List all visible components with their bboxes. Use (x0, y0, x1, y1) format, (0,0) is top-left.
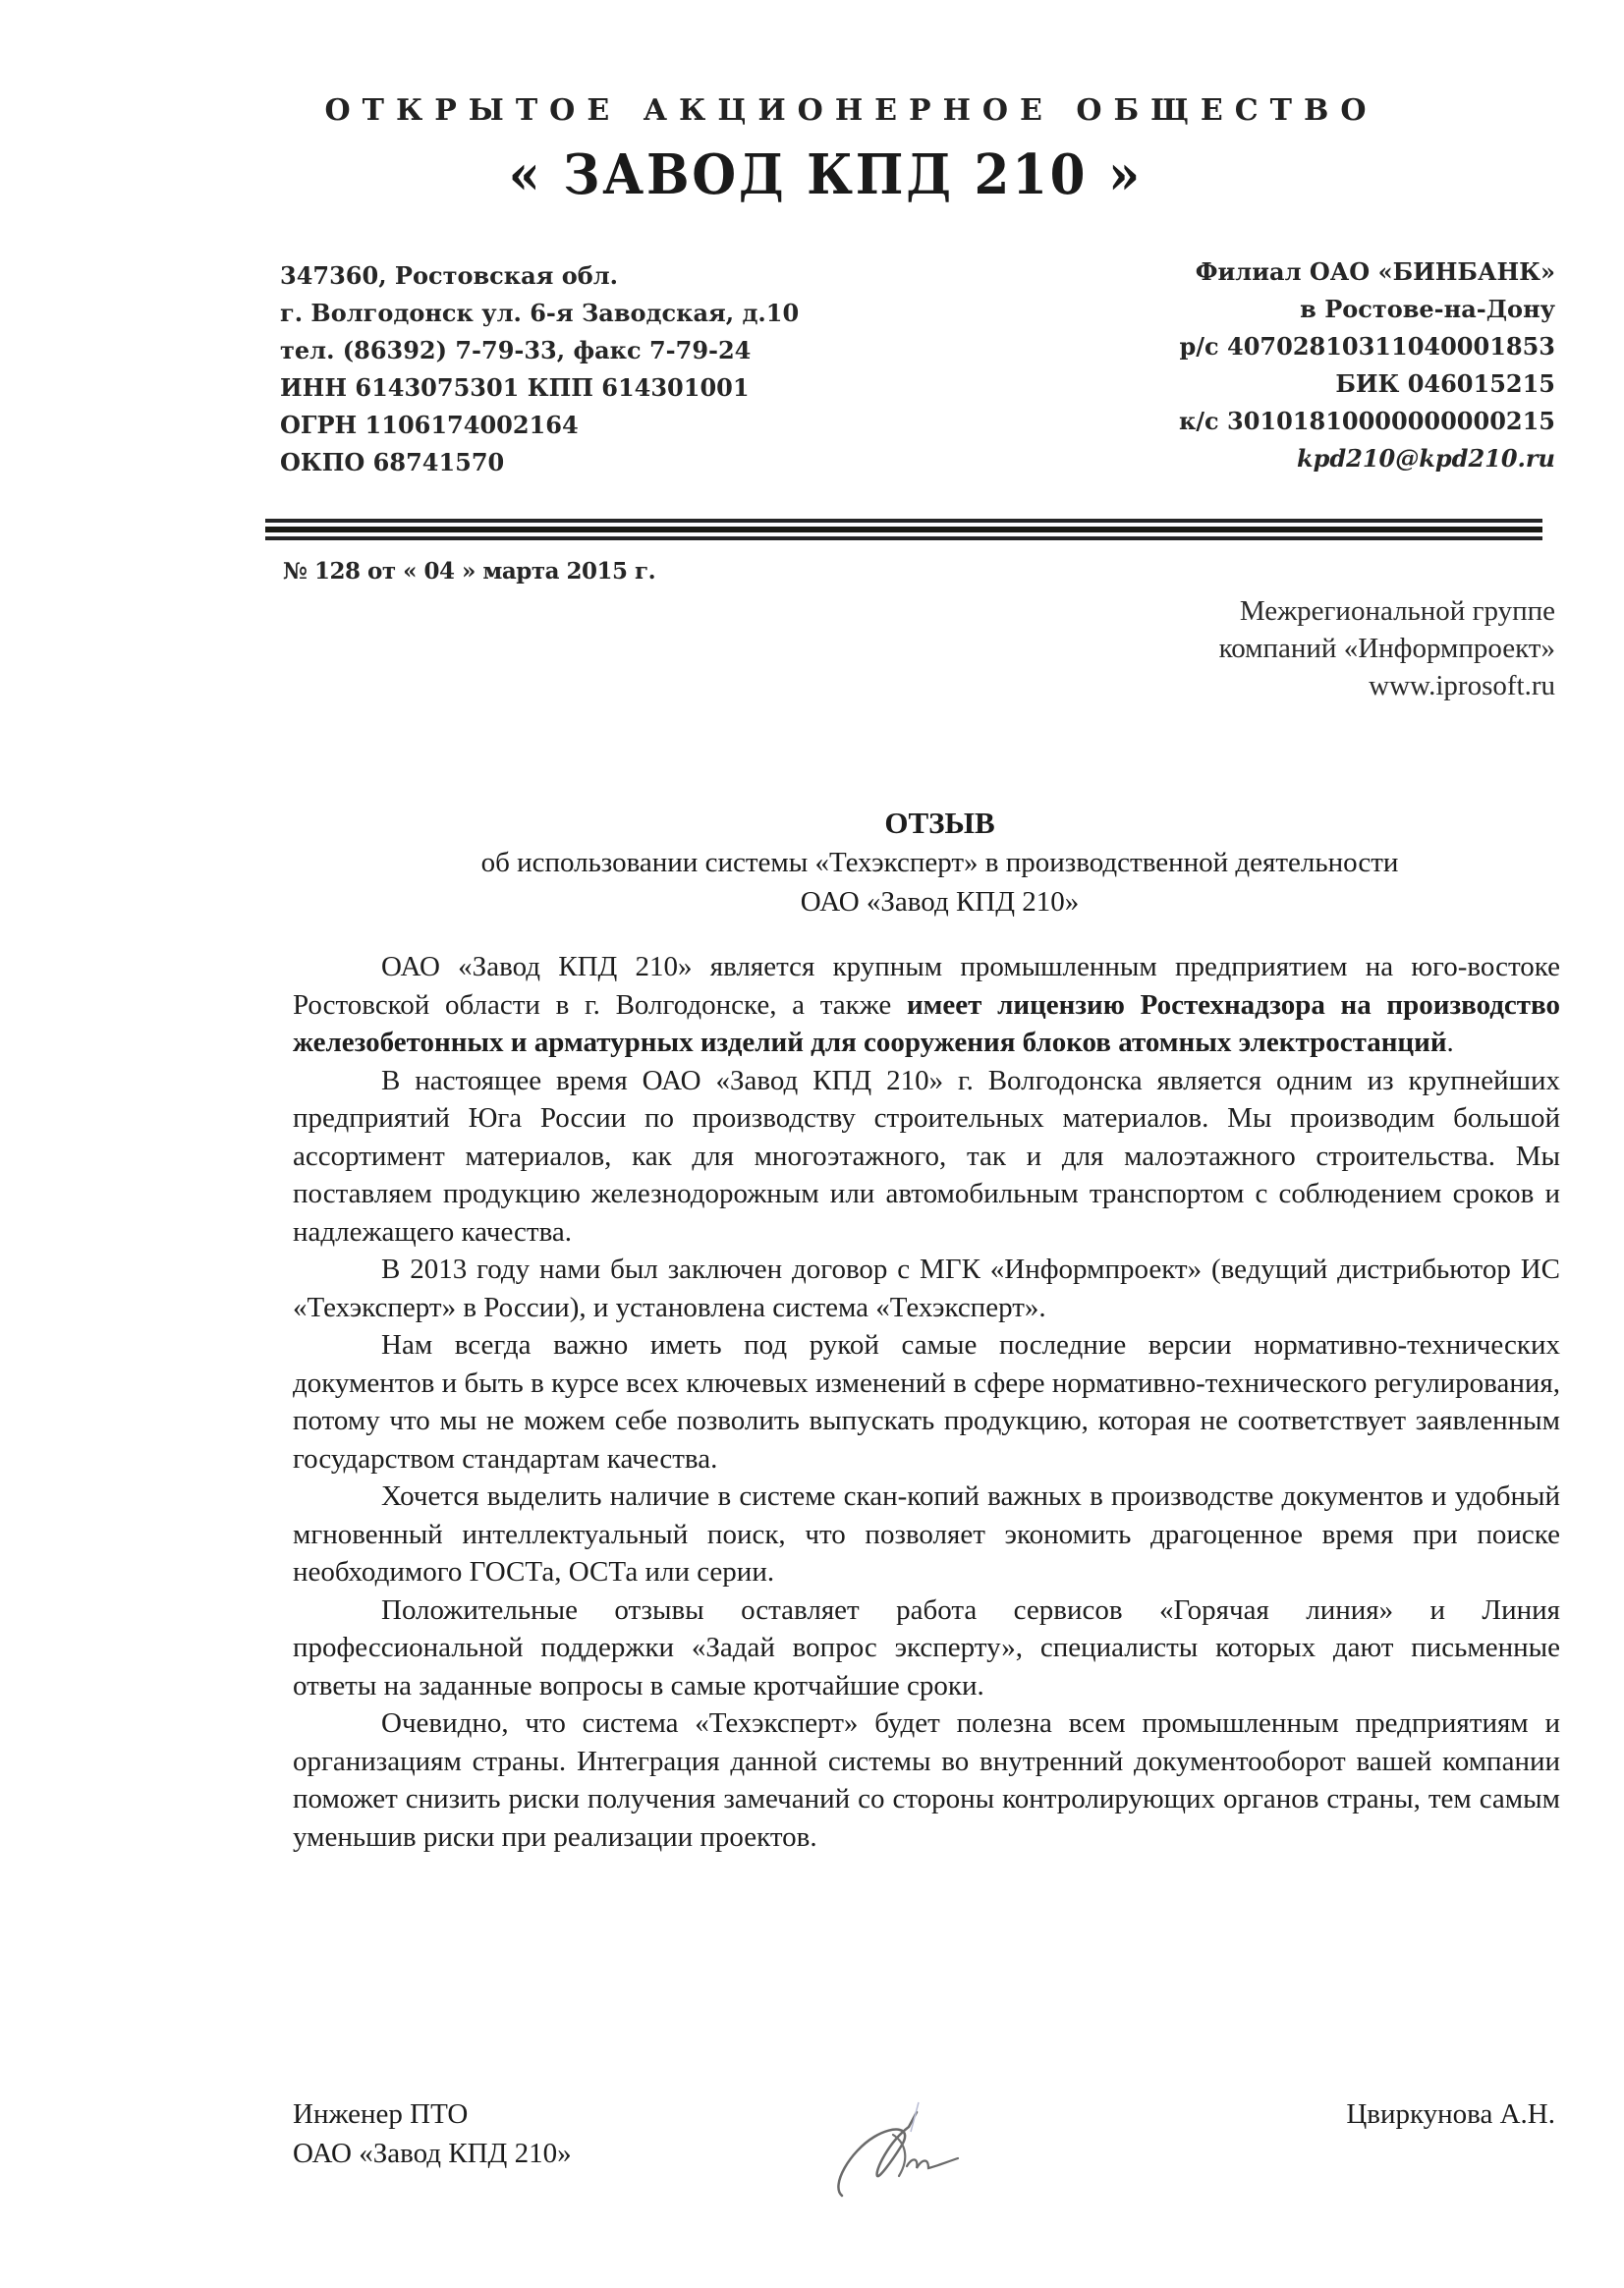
org-type-heading: ОТКРЫТОЕ АКЦИОНЕРНОЕ ОБЩЕСТВО (0, 93, 1624, 128)
signatory-position: Инженер ПТО ОАО «Завод КПД 210» (293, 2094, 572, 2173)
phone-fax: тел. (86392) 7-79-33, факс 7-79-24 (280, 332, 799, 369)
separator-line (265, 536, 1542, 540)
correspondent-account: к/с 30101810000000000215 (1179, 403, 1555, 440)
okpo: ОКПО 68741570 (280, 444, 799, 481)
paragraph: В 2013 году нами был заключен договор с … (293, 1251, 1560, 1326)
bank-requisites: Филиал ОАО «БИНБАНК» в Ростове-на-Дону р… (1179, 253, 1555, 477)
separator-line (265, 527, 1542, 532)
separator-line (265, 519, 1542, 523)
bank-city: в Ростове-на-Дону (1179, 291, 1555, 328)
settlement-account: р/с 40702810311040001853 (1179, 328, 1555, 365)
document-number: № 128 от « 04 » марта 2015 г. (283, 558, 655, 585)
paragraph: Положительные отзывы оставляет работа се… (293, 1591, 1560, 1705)
signatory-name: Цвиркунова А.Н. (1346, 2094, 1555, 2134)
street-address: г. Волгодонск ул. 6-я Заводская, д.10 (280, 295, 799, 332)
addressee-line: компаний «Информпроект» (1219, 630, 1555, 667)
paragraph: Хочется выделить наличие в системе скан-… (293, 1478, 1560, 1591)
paragraph: ОАО «Завод КПД 210» является крупным про… (293, 948, 1560, 1062)
ogrn: ОГРН 1106174002164 (280, 407, 799, 444)
company-requisites: 347360, Ростовская обл. г. Волгодонск ул… (280, 257, 799, 481)
inn-kpp: ИНН 6143075301 КПП 614301001 (280, 369, 799, 407)
email-link[interactable]: kpd210@kpd210.ru (1179, 440, 1555, 477)
paragraph: Очевидно, что система «Техэксперт» будет… (293, 1704, 1560, 1856)
title-subtitle: об использовании системы «Техэксперт» в … (314, 843, 1565, 882)
paragraph: В настоящее время ОАО «Завод КПД 210» г.… (293, 1062, 1560, 1252)
document-title: ОТЗЫВ об использовании системы «Техэкспе… (0, 804, 1624, 921)
postal-address: 347360, Ростовская обл. (280, 257, 799, 295)
position-title: Инженер ПТО (293, 2094, 572, 2134)
org-name-heading: « ЗАВОД КПД 210 » (65, 142, 1559, 207)
bank-name: Филиал ОАО «БИНБАНК» (1179, 253, 1555, 291)
paragraph: Нам всегда важно иметь под рукой самые п… (293, 1326, 1560, 1478)
title-main: ОТЗЫВ (314, 804, 1565, 843)
title-subtitle: ОАО «Завод КПД 210» (314, 882, 1565, 921)
addressee-website[interactable]: www.iprosoft.ru (1219, 667, 1555, 704)
addressee-line: Межрегиональной группе (1219, 592, 1555, 630)
bik: БИК 046015215 (1179, 365, 1555, 403)
letter-body: ОАО «Завод КПД 210» является крупным про… (293, 948, 1560, 1856)
addressee: Межрегиональной группе компаний «Информп… (1219, 592, 1555, 704)
handwritten-signature-icon (820, 2097, 978, 2205)
position-organization: ОАО «Завод КПД 210» (293, 2134, 572, 2173)
